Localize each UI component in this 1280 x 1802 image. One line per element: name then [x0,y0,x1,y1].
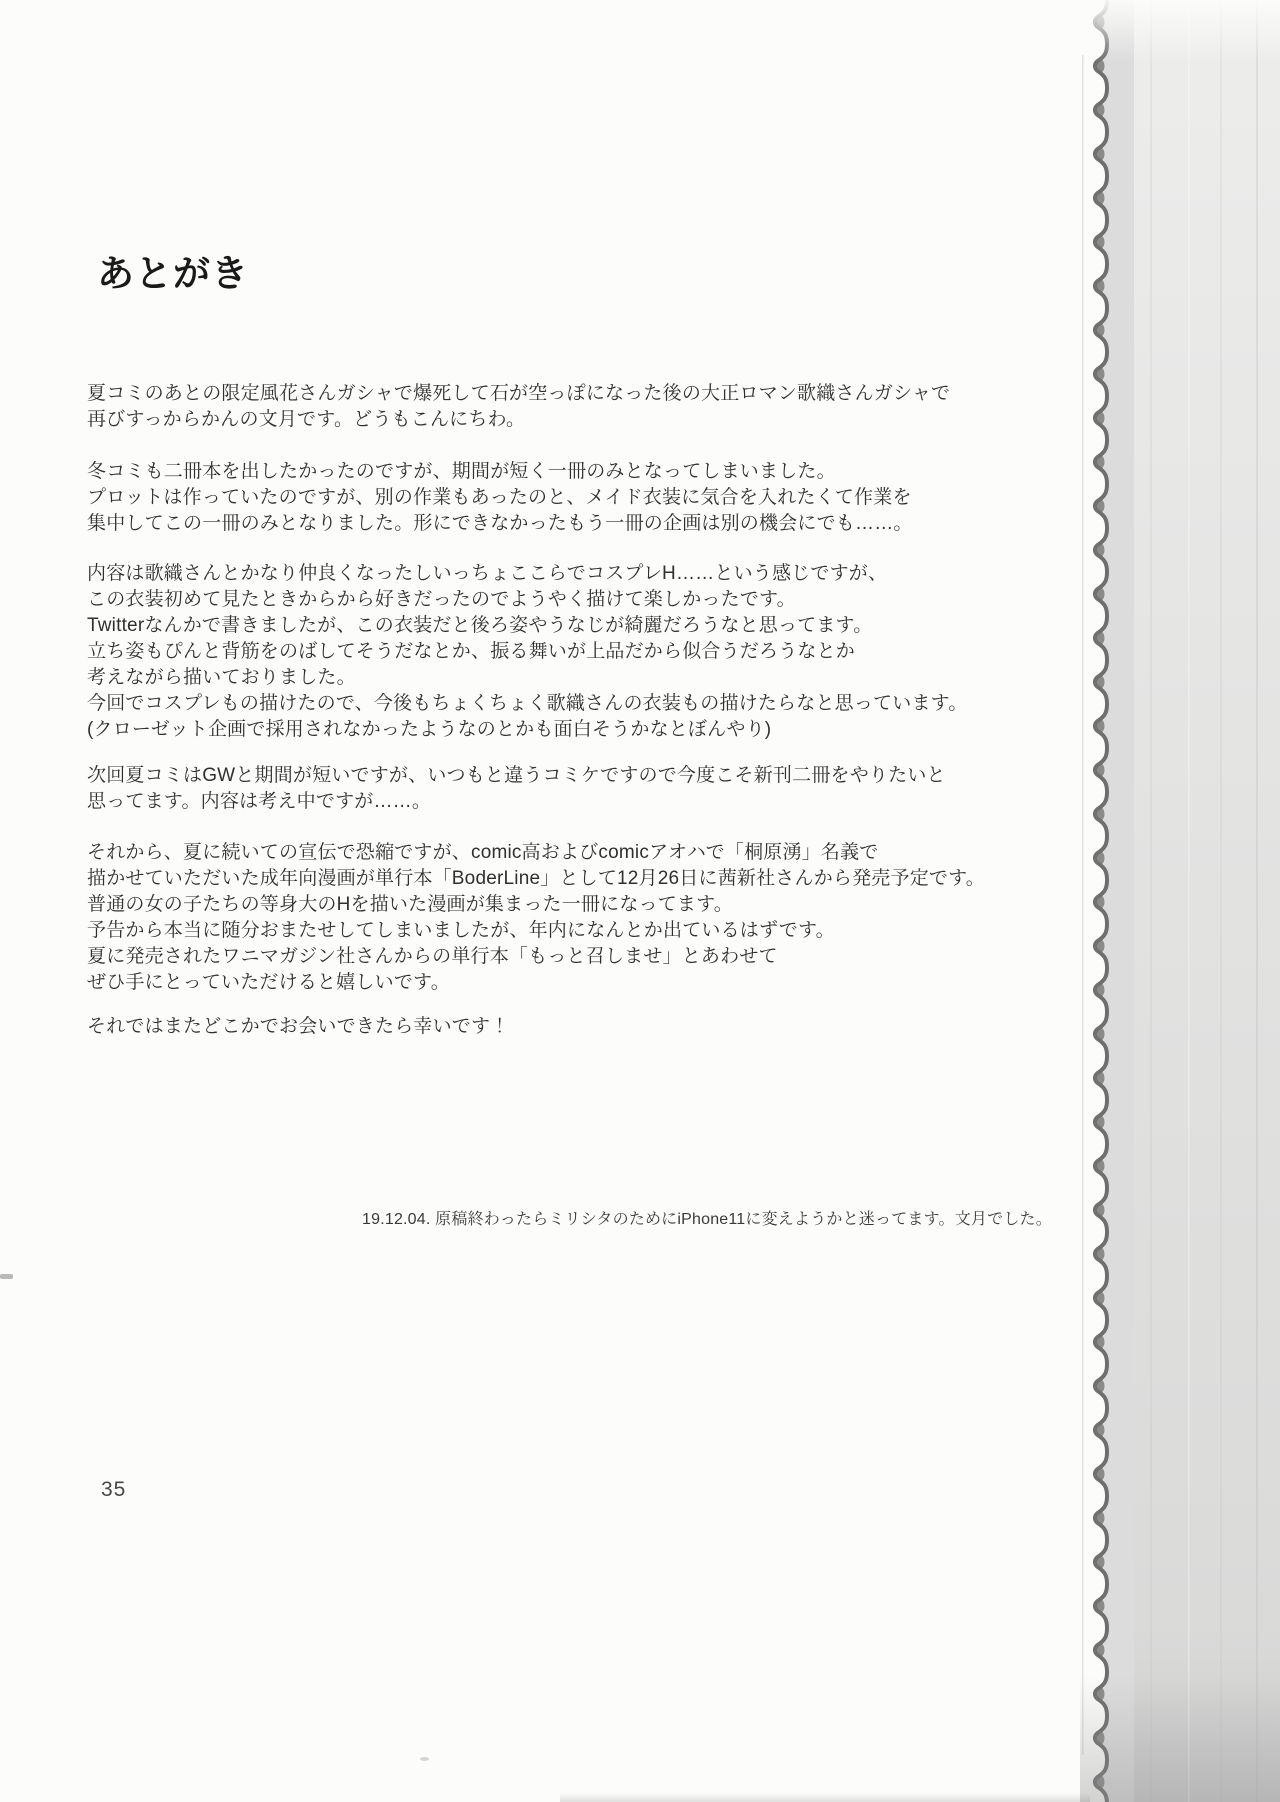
afterword-paragraph-6: それではまたどこかでお会いできたら幸いです！ [87,1014,1002,1040]
afterword-paragraph-1: 夏コミのあとの限定風花さんガシャで爆死して石が空っぽになった後の大正ロマン歌織さ… [87,381,1002,433]
afterword-paragraph-2: 冬コミも二冊本を出したかったのですが、期間が短く一冊のみとなってしまいました。 … [87,459,1002,537]
afterword-paragraph-4: 次回夏コミはGWと期間が短いですが、いつもと違うコミケですので今度こそ新刊二冊を… [87,763,1002,815]
colophon-date-signature: 19.12.04. 原稿終わったらミリシタのためにiPhone11に変えようかと… [362,1206,1052,1229]
scan-shadow-bottom-edge [560,1793,1090,1802]
page-edges-texture [1080,0,1280,1802]
page-number: 35 [101,1478,126,1502]
scan-artifact-bottom [420,1757,429,1761]
afterword-paragraph-5: それから、夏に続いての宣伝で恐縮ですが、comic高およびcomicアオハで「桐… [87,840,1002,996]
scan-artifact-left-edge [0,1274,13,1279]
book-page-edge-decoration [1080,0,1280,1802]
scanned-afterword-page: あとがき 夏コミのあとの限定風花さんガシャで爆死して石が空っぽになった後の大正ロ… [0,0,1280,1802]
afterword-paragraph-3: 内容は歌織さんとかなり仲良くなったしいっちょここらでコスプレH……という感じです… [87,561,1002,743]
page-title: あとがき [97,243,249,297]
